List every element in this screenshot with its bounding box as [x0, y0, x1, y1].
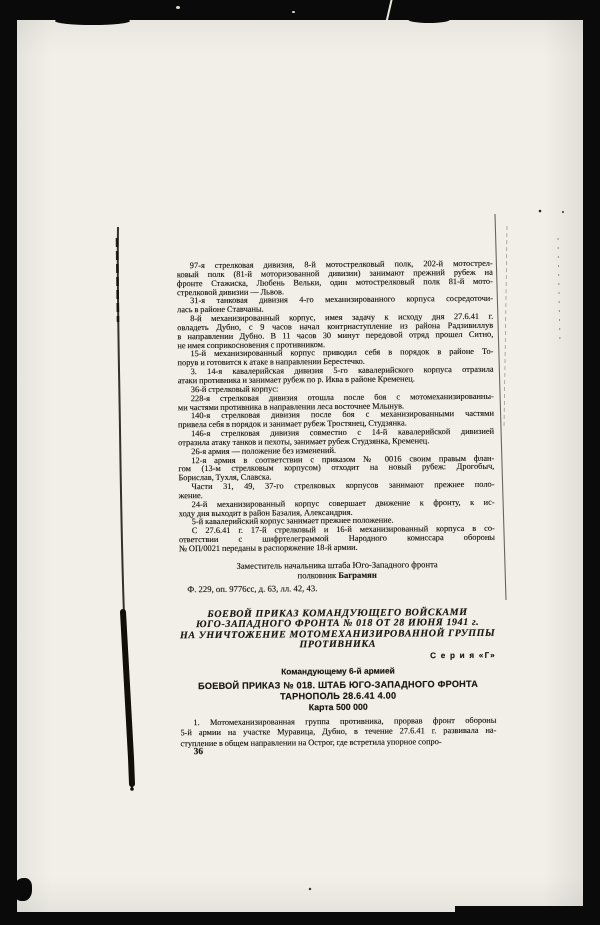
- scan-white-speck: [292, 11, 295, 13]
- series-label: С е р и я «Г»: [430, 651, 496, 661]
- map-scale-label: Карта 500 000: [180, 701, 496, 713]
- scan-border-right: [583, 0, 600, 925]
- order-title: БОЕВОЙ ПРИКАЗ № 018. ШТАБ ЮГО-ЗАПАДНОГО …: [180, 679, 496, 703]
- scan-border-blob: [408, 16, 450, 23]
- scanned-document-page: 97-я стрелковая дивизия, 8-й мотострелко…: [0, 0, 600, 925]
- signature-rank-name: полковник Баграмян: [179, 570, 495, 582]
- paragraph: С 27.6.41 г. 17-й стрелковый и 16-й меха…: [179, 525, 495, 554]
- text-line: № ОП/0021 переданы в распоряжение 18-й а…: [179, 543, 495, 554]
- scan-white-speck: [176, 6, 180, 9]
- paragraph: 12-я армия в соответствии с приказом № 0…: [178, 454, 494, 483]
- paragraph: 8-й механизированный корпус, имея задачу…: [177, 313, 493, 351]
- scan-border-bottom-step: [455, 906, 600, 925]
- scan-border-blob: [13, 878, 32, 901]
- signature-block: Заместитель начальника штаба Юго-Западно…: [179, 560, 495, 582]
- order-body-text: 1. Мотомеханизированная группа противник…: [180, 716, 496, 749]
- archive-reference: Ф. 229, оп. 9776сс, д. 63, лл. 42, 43.: [187, 583, 317, 594]
- addressee-line: Командующему 6-й армией: [180, 665, 496, 677]
- paragraph: 97-я стрелковая дивизия, 8-й мотострелко…: [177, 260, 493, 298]
- scan-border-left: [0, 0, 17, 925]
- signature-name: Баграмян: [338, 569, 376, 579]
- order-situation-text: 97-я стрелковая дивизия, 8-й мотострелко…: [177, 260, 495, 554]
- paragraph: 1. Мотомеханизированная группа противник…: [180, 716, 496, 749]
- signature-rank: полковник: [298, 570, 337, 580]
- scan-border-blob: [55, 17, 130, 25]
- text-line: ступление в общем направлении на Острог,…: [180, 736, 496, 749]
- order-heading: БОЕВОЙ ПРИКАЗ КОМАНДУЮЩЕГО ВОЙСКАМИЮГО-З…: [179, 608, 495, 652]
- text-column: 97-я стрелковая дивизия, 8-й мотострелко…: [175, 19, 498, 913]
- paper-sheet: 97-я стрелковая дивизия, 8-й мотострелко…: [17, 20, 583, 912]
- page-number: 36: [194, 747, 204, 757]
